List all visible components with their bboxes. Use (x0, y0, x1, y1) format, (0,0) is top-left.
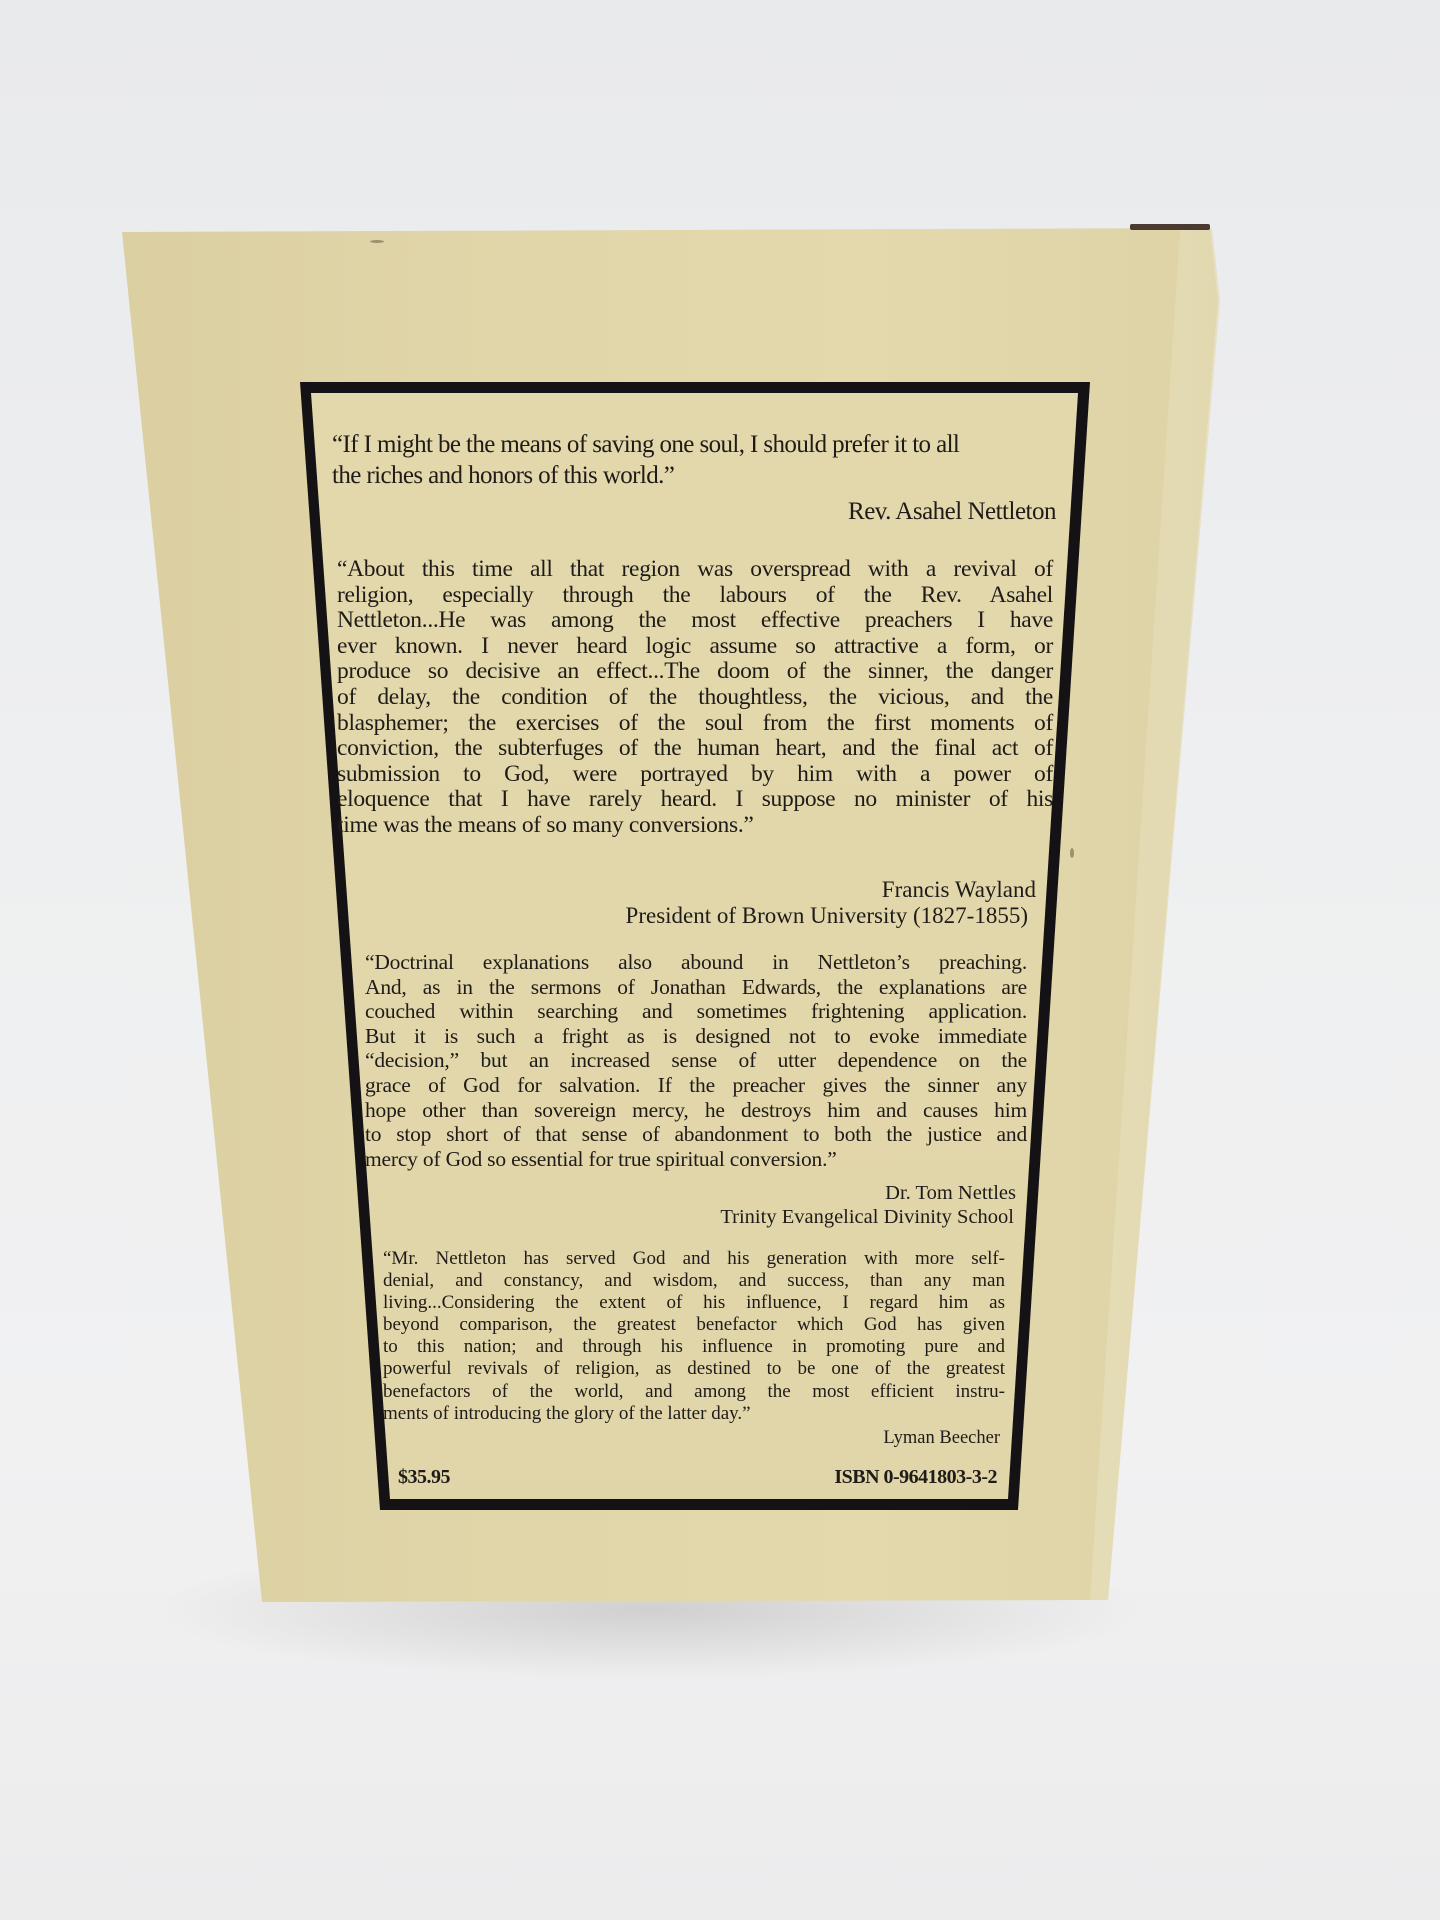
quote-line: blasphemer; the exercises of the soul fr… (337, 712, 1053, 738)
quote-line: couched within searching and sometimes f… (365, 1001, 1027, 1026)
quote-line: to stop short of that sense of abandonme… (365, 1124, 1027, 1149)
quote-1: “If I might be the means of saving one s… (332, 432, 1057, 494)
quote-line: ments of introducing the glory of the la… (383, 1404, 1005, 1426)
quote-line: “If I might be the means of saving one s… (332, 432, 1057, 463)
quote-line: living...Considering the extent of his i… (383, 1293, 1005, 1315)
quote-line: “Doctrinal explanations also abound in N… (365, 952, 1027, 977)
quote-line: Nettleton...He was among the most effect… (337, 609, 1053, 635)
quote-line: produce so decisive an effect...The doom… (337, 660, 1053, 686)
quote-2-attribution-title: President of Brown University (1827-1855… (626, 903, 1028, 929)
quote-3: “Doctrinal explanations also abound in N… (365, 952, 1027, 1173)
quote-line: the riches and honors of this world.” (332, 463, 1057, 494)
quote-2: “About this time all that region was ove… (337, 558, 1053, 840)
quote-line: benefactors of the world, and among the … (383, 1382, 1005, 1404)
quote-2-attribution-name: Francis Wayland (882, 877, 1036, 903)
quote-4-attribution: Lyman Beecher (883, 1428, 1000, 1449)
quote-line: conviction, the subterfuges of the human… (337, 737, 1053, 763)
quote-line: beyond comparison, the greatest benefact… (383, 1315, 1005, 1337)
quote-line: time was the means of so many conversion… (337, 814, 1053, 840)
cover-text: “If I might be the means of saving one s… (0, 0, 1440, 1920)
quote-line: powerful revivals of religion, as destin… (383, 1359, 1005, 1381)
quote-line: religion, especially through the labours… (337, 584, 1053, 610)
quote-line: And, as in the sermons of Jonathan Edwar… (365, 977, 1027, 1002)
quote-line: “Mr. Nettleton has served God and his ge… (383, 1249, 1005, 1271)
isbn-label: ISBN 0-9641803-3-2 (834, 1466, 997, 1489)
quote-line: grace of God for salvation. If the preac… (365, 1075, 1027, 1100)
quote-line: mercy of God so essential for true spiri… (365, 1149, 1027, 1174)
quote-line: ever known. I never heard logic assume s… (337, 635, 1053, 661)
price-label: $35.95 (398, 1466, 450, 1489)
quote-line: eloquence that I have rarely heard. I su… (337, 788, 1053, 814)
quote-line: denial, and constancy, and wisdom, and s… (383, 1271, 1005, 1293)
quote-3-attribution-title: Trinity Evangelical Divinity School (720, 1206, 1014, 1229)
quote-line: “decision,” but an increased sense of ut… (365, 1050, 1027, 1075)
quote-line: submission to God, were portrayed by him… (337, 763, 1053, 789)
quote-3-attribution-name: Dr. Tom Nettles (885, 1182, 1016, 1205)
quote-line: “About this time all that region was ove… (337, 558, 1053, 584)
quote-1-attribution: Rev. Asahel Nettleton (848, 498, 1056, 526)
quote-line: hope other than sovereign mercy, he dest… (365, 1100, 1027, 1125)
quote-4: “Mr. Nettleton has served God and his ge… (383, 1249, 1005, 1426)
quote-line: of delay, the condition of the thoughtle… (337, 686, 1053, 712)
quote-line: But it is such a fright as is designed n… (365, 1026, 1027, 1051)
quote-line: to this nation; and through his influenc… (383, 1337, 1005, 1359)
